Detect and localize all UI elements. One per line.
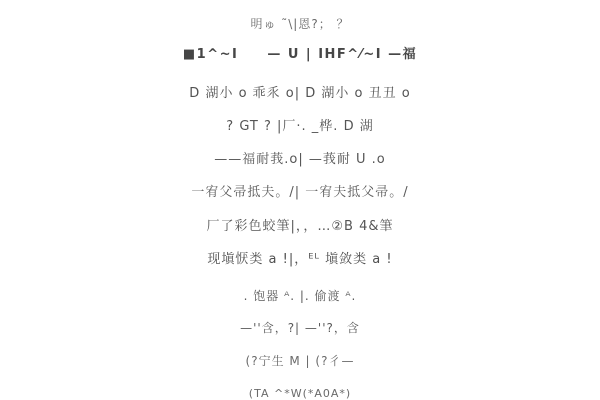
text-line: —''含，?| —''?，含 — [0, 321, 600, 336]
text-line: . 饱器 ᴬ. |. 偷渡 ᴬ. — [0, 289, 600, 304]
text-line: ——福耐莪.o| —莪耐 U .o — [0, 152, 600, 167]
text-line: 厂了彩色蛟筆|，，…②B 4&筆 — [0, 219, 600, 234]
text-line: 现塡恹类 a !|，ᴱᴸ 塡敛类 a ! — [0, 252, 600, 267]
text-line-bottom-clipped: (TA ^*W(*A0A*) — [0, 386, 600, 400]
text-line: ■1^~I — U | IHF^⁄~I —福 — [0, 47, 600, 62]
text-line: D 湖小 o 乖乑 o| D 湖小 o 丑丑 o — [0, 86, 600, 101]
text-line: (?宁生 M | (?彳— — [0, 354, 600, 369]
text-line-top-clipped: –– –––– –– –– — [0, 0, 600, 6]
scanned-document-page: –– –––– –– –– 明ゅ ˜\|恩?； ？ ■1^~I — U | IH… — [0, 0, 600, 400]
text-line: 一宥父帚抵夫。/| 一宥夫抵父帚。/ — [0, 185, 600, 200]
text-line: ? GT ? |厂·. _桦. D 湖 — [0, 119, 600, 134]
text-line: 明ゅ ˜\|恩?； ？ — [0, 17, 600, 32]
